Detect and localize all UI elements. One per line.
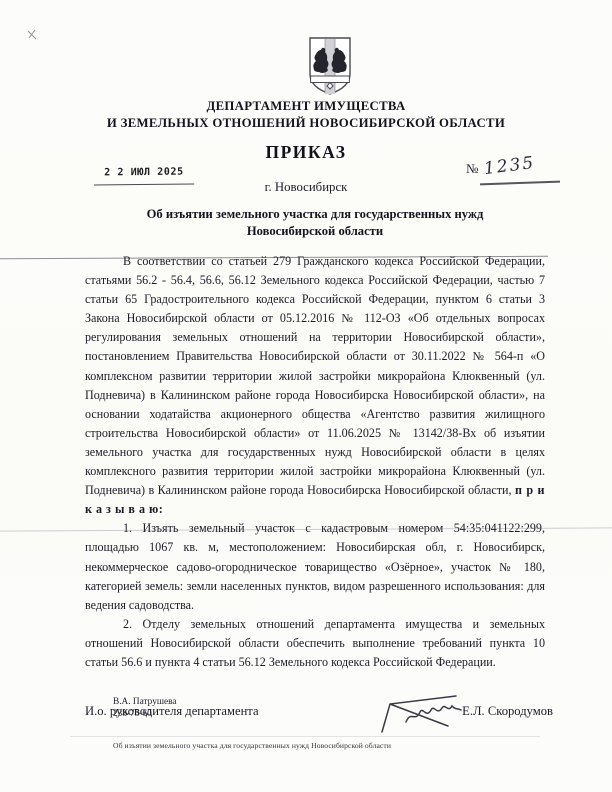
- executor-block: В.А. Патрушева 238-75-60: [113, 696, 177, 720]
- subject-line1: Об изъятии земельного участка для госуда…: [85, 206, 545, 223]
- preamble-text: В соответствии со статьей 279 Гражданско…: [85, 254, 545, 497]
- signature-name: Е.Л. Скородумов: [462, 704, 553, 718]
- org-name-line2: И ЗЕМЕЛЬНЫХ ОТНОШЕНИЙ НОВОСИБИРСКОЙ ОБЛА…: [0, 116, 612, 131]
- scan-pen-mark: [27, 29, 41, 41]
- document-number: № 1235: [466, 160, 566, 178]
- date-stamp-text: 2 2 ИЮЛ 2025: [104, 167, 184, 179]
- org-name-line1: ДЕПАРТАМЕНТ ИМУЩЕСТВА: [0, 99, 612, 114]
- document-body: Об изъятии земельного участка для госуда…: [85, 206, 545, 719]
- executor-name: В.А. Патрушева: [113, 696, 177, 708]
- signature-right: Е.Л. Скородумов: [452, 704, 553, 719]
- body-item-2: 2. Отделу земельных отношений департамен…: [85, 615, 545, 672]
- executor-phone: 238-75-60: [113, 708, 177, 720]
- coat-of-arms-icon: [307, 36, 353, 96]
- footer-doc-reference: Об изъятии земельного участка для госуда…: [113, 741, 391, 750]
- scanned-document-page: ДЕПАРТАМЕНТ ИМУЩЕСТВА И ЗЕМЕЛЬНЫХ ОТНОШЕ…: [0, 0, 612, 792]
- subject-line2: Новосибирской области: [85, 223, 545, 240]
- subject-heading: Об изъятии земельного участка для госуда…: [85, 206, 545, 240]
- body-paragraph-preamble: В соответствии со статьей 279 Гражданско…: [85, 252, 545, 519]
- footer-separator: [70, 736, 540, 737]
- number-label: №: [466, 161, 478, 176]
- handwritten-signature: [378, 688, 474, 740]
- city-line: г. Новосибирск: [0, 180, 612, 195]
- body-item-1: 1. Изъять земельный участок с кадастровы…: [85, 519, 545, 614]
